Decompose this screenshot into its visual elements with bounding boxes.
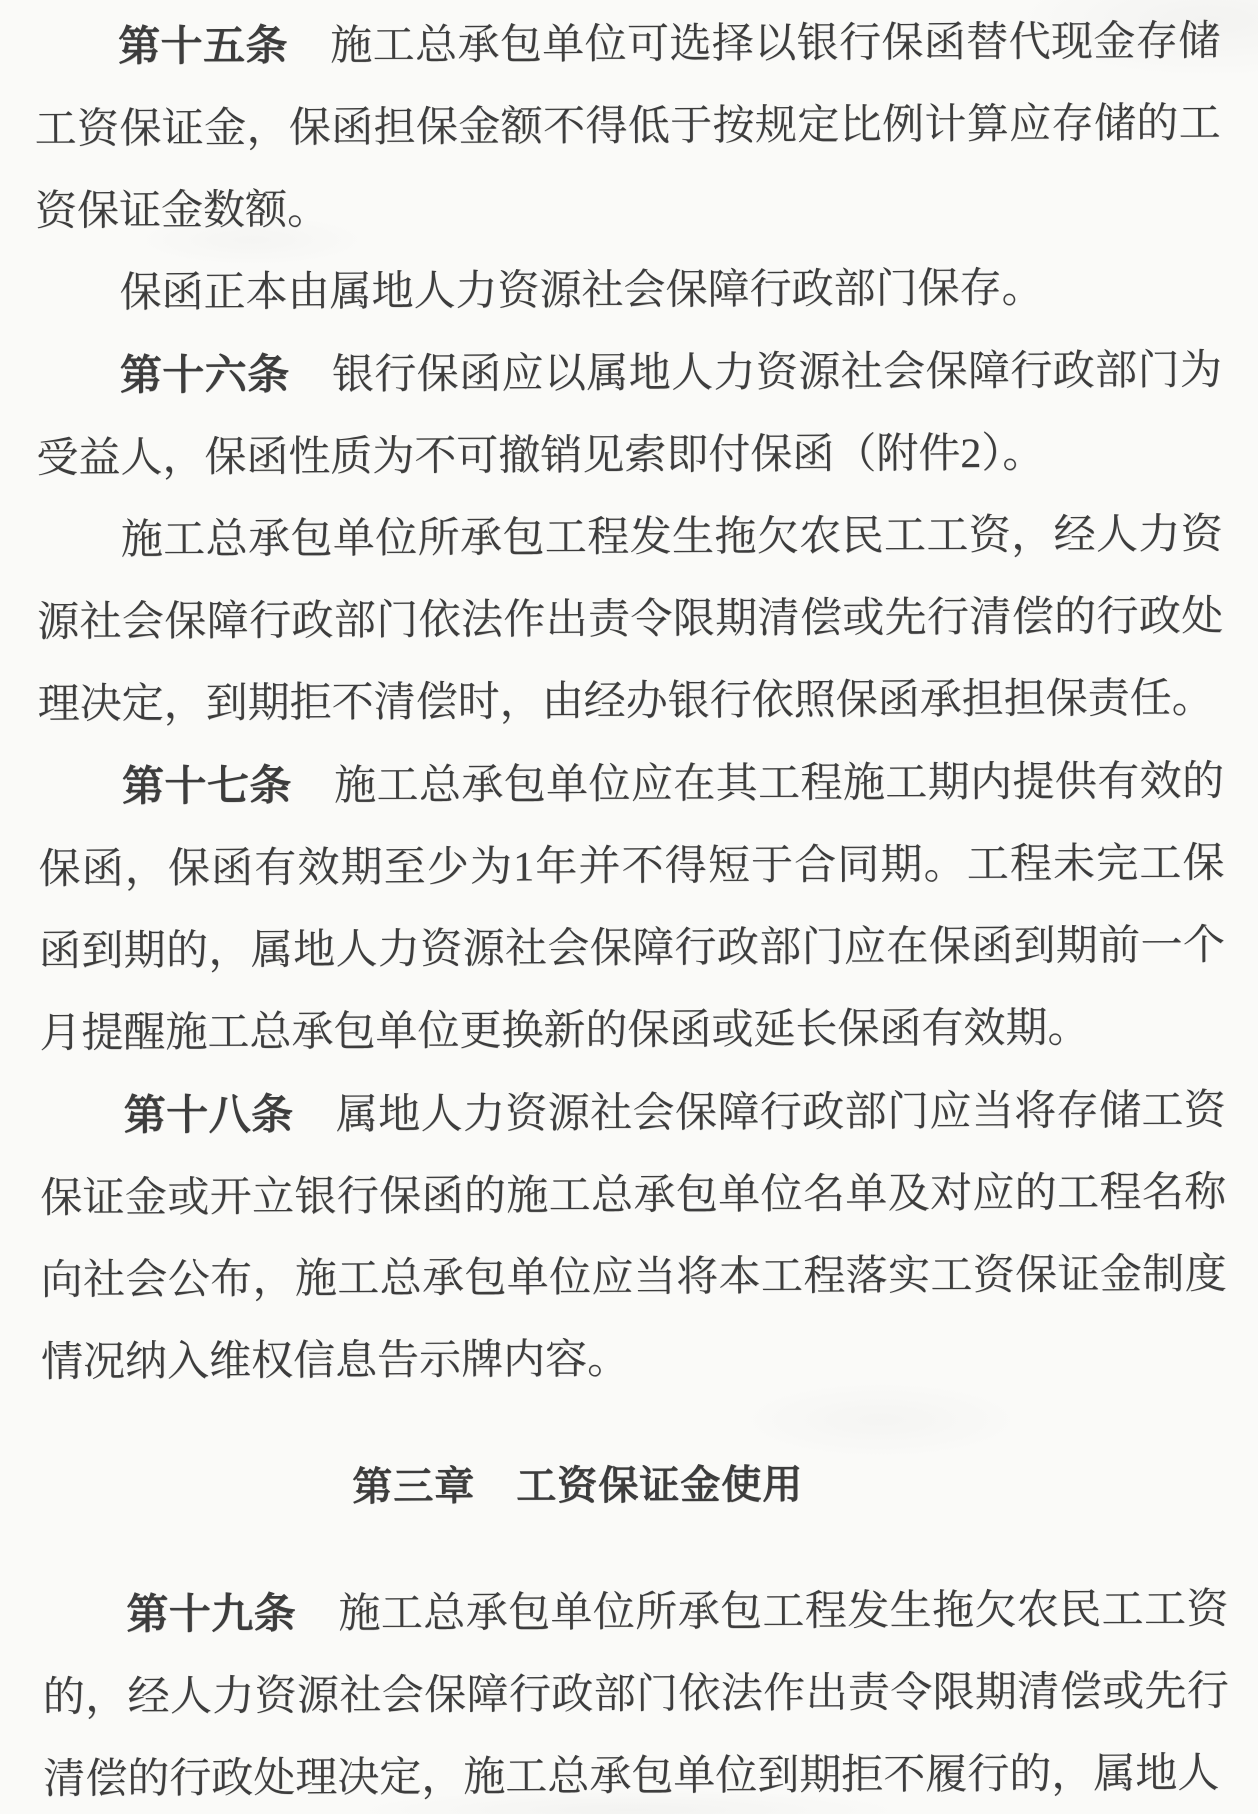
paragraph-article-17: 第十七条 施工总承包单位应在其工程施工期内提供有效的保函，保函有效期至少为1年并… bbox=[38, 740, 1226, 1075]
document-body: 第十五条 施工总承包单位可选择以银行保函替代现金存储工资保证金，保函担保金额不得… bbox=[34, 0, 1229, 1814]
paragraph-article-19: 第十九条 施工总承包单位所承包工程发生拖欠农民工工资的，经人力资源社会保障行政部… bbox=[42, 1568, 1229, 1814]
paragraph-article-15: 第十五条 施工总承包单位可选择以银行保函替代现金存储工资保证金，保函担保金额不得… bbox=[34, 0, 1221, 253]
paragraph-arrears-bank-liability: 施工总承包单位所承包工程发生拖欠农民工工资，经人力资源社会保障行政部门依法作出责… bbox=[37, 494, 1224, 746]
paragraph-text: 保函正本由属地人力资源社会保障行政部门保存。 bbox=[119, 266, 1043, 317]
scanned-page: 第十五条 施工总承包单位可选择以银行保函替代现金存储工资保证金，保函担保金额不得… bbox=[0, 0, 1258, 1814]
article-15-number: 第十五条 bbox=[118, 22, 288, 70]
paragraph-article-18: 第十八条 属地人力资源社会保障行政部门应当将存储工资保证金或开立银行保函的施工总… bbox=[40, 1069, 1228, 1404]
chapter-3-heading: 第三章 工资保证金使用 bbox=[0, 1442, 1171, 1530]
article-19-number: 第十九条 bbox=[126, 1590, 296, 1638]
article-16-number: 第十六条 bbox=[120, 351, 290, 399]
article-18-number: 第十八条 bbox=[124, 1091, 294, 1139]
article-17-number: 第十七条 bbox=[122, 762, 292, 810]
paragraph-article-16: 第十六条 银行保函应以属地人力资源社会保障行政部门为受益人，保函性质为不可撤销见… bbox=[36, 329, 1223, 500]
paragraph-guarantee-original-custody: 保函正本由属地人力资源社会保障行政部门保存。 bbox=[35, 247, 1221, 335]
paragraph-text: 施工总承包单位所承包工程发生拖欠农民工工资，经人力资源社会保障行政部门依法作出责… bbox=[37, 512, 1223, 728]
